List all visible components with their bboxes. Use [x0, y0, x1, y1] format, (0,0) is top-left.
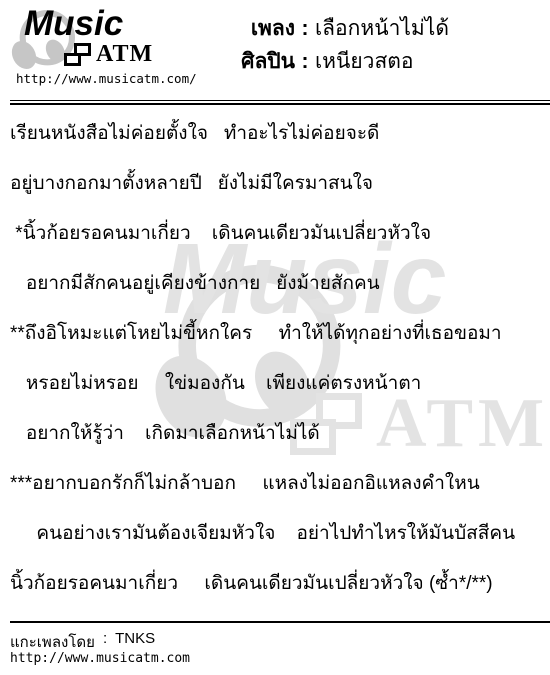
song-title: เลือกหน้าไม่ได้ [315, 12, 449, 45]
lyric-line: อยู่บางกอกมาตั้งหลายปี ยังไม่มีใครมาสนใจ [10, 158, 550, 208]
site-url-header[interactable]: http://www.musicatm.com/ [16, 71, 197, 86]
footer-divider [10, 621, 550, 623]
song-label: เพลง [200, 12, 295, 45]
site-logo: Music ATM http://www.musicatm.com/ [6, 4, 196, 96]
lyric-line: คนอย่างเรามันต้องเจียมหัวใจ อย่าไปทำไหรใ… [10, 508, 550, 558]
artist-name: เหนียวสตอ [315, 45, 449, 78]
lyric-line: นิ้วก้อยรอคนมาเกี่ยว เดินคนเดียวมันเปลี่… [10, 558, 550, 608]
site-url-footer[interactable]: http://www.musicatm.com [10, 651, 190, 666]
song-colon: : [295, 12, 315, 45]
lyric-line: ***อยากบอกรักก็ไม่กล้าบอก แหลงไม่ออกอิแห… [10, 458, 550, 508]
cascade-windows-icon [64, 43, 91, 66]
header-divider [10, 100, 550, 105]
lyrics-block: เรียนหนังสือไม่ค่อยตั้งใจ ทำอะไรไม่ค่อยจ… [10, 108, 550, 608]
lyric-line: หรอยไม่หรอย ใข่มองกัน เพียงแค่ตรงหน้าตา [10, 358, 550, 408]
lyric-line: อยากมีสักคนอยู่เคียงข้างกาย ยังม้ายสักคน [10, 258, 550, 308]
brand-name-music: Music [24, 4, 123, 44]
lyric-line: *นิ้วก้อยรอคนมาเกี่ยว เดินคนเดียวมันเปลี… [10, 208, 550, 258]
song-meta: เพลง : เลือกหน้าไม่ได้ ศิลปิน : เหนียวสต… [200, 12, 449, 78]
artist-colon: : [295, 45, 315, 78]
lyric-line: อยากให้รู้ว่า เกิดมาเลือกหน้าไม่ได้ [10, 408, 550, 458]
brand-name-atm: ATM [96, 41, 153, 68]
lyric-line: เรียนหนังสือไม่ค่อยตั้งใจ ทำอะไรไม่ค่อยจ… [10, 108, 550, 158]
artist-label: ศิลปิน [200, 45, 295, 78]
lyric-line: **ถึงอิโหมะแต่โหยไม่ขี้หกใคร ทำให้ได้ทุก… [10, 308, 550, 358]
